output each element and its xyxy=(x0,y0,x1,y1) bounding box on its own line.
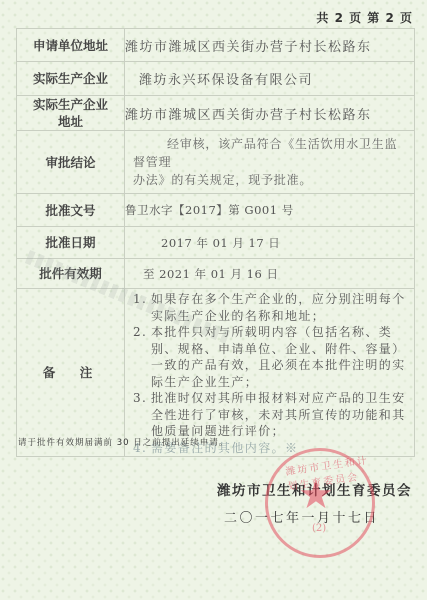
page-indicator: 共 2 页 第 2 页 xyxy=(316,9,413,26)
label-notes: 备 注 xyxy=(17,289,125,457)
label-approval-date: 批准日期 xyxy=(17,227,125,259)
issuer-name: 潍坊市卫生和计划生育委员会 xyxy=(217,479,412,499)
row-manufacturer-address: 实际生产企业 地址 潍坊市潍城区西关街办营子村长松路东 xyxy=(17,96,415,131)
label-conclusion: 审批结论 xyxy=(17,131,125,194)
row-validity: 批件有效期 至 2021 年 01 月 16 日 xyxy=(17,259,415,289)
row-applicant-address: 申请单位地址 潍坊市潍城区西关街办营子村长松路东 xyxy=(17,29,415,62)
value-notes: 1.如果存在多个生产企业的，应分别注明每个实际生产企业的名称和地址； 2.本批件… xyxy=(125,289,415,457)
conclusion-line-2: 办法》的有关规定，现予批准。 xyxy=(133,173,312,187)
value-approval-number: 鲁卫水字【2017】第 G001 号 xyxy=(125,194,415,227)
label-line-1: 实际生产企业 xyxy=(17,96,124,113)
row-approval-number: 批准文号 鲁卫水字【2017】第 G001 号 xyxy=(17,194,415,227)
official-seal: 潍坊市卫生和计划生育委员会 ★ (2) xyxy=(265,448,375,558)
label-approval-number: 批准文号 xyxy=(17,194,125,227)
approval-table: 申请单位地址 潍坊市潍城区西关街办营子村长松路东 实际生产企业 潍坊永兴环保设备… xyxy=(16,28,415,457)
issue-date: 二〇一七年一月十七日 xyxy=(224,507,379,526)
row-manufacturer: 实际生产企业 潍坊永兴环保设备有限公司 xyxy=(17,62,415,96)
label-manufacturer: 实际生产企业 xyxy=(17,62,125,96)
conclusion-line-1: 经审核，该产品符合《生活饮用水卫生监督管理 xyxy=(133,137,397,169)
renewal-footnote: 请于批件有效期届满前 30 日之前提出延续申请。 xyxy=(18,436,228,448)
value-applicant-address: 潍坊市潍城区西关街办营子村长松路东 xyxy=(125,29,415,62)
label-applicant-address: 申请单位地址 xyxy=(17,29,125,62)
row-approval-date: 批准日期 2017 年 01 月 17 日 xyxy=(17,227,415,259)
label-line-2: 地址 xyxy=(17,113,124,130)
label-manufacturer-address: 实际生产企业 地址 xyxy=(17,96,125,131)
row-notes: 备 注 1.如果存在多个生产企业的，应分别注明每个实际生产企业的名称和地址； 2… xyxy=(17,289,415,457)
value-validity: 至 2021 年 01 月 16 日 xyxy=(125,259,415,289)
value-conclusion: 经审核，该产品符合《生活饮用水卫生监督管理 办法》的有关规定，现予批准。 xyxy=(125,131,415,194)
row-conclusion: 审批结论 经审核，该产品符合《生活饮用水卫生监督管理 办法》的有关规定，现予批准… xyxy=(17,131,415,194)
note-item: 1.如果存在多个生产企业的，应分别注明每个实际生产企业的名称和地址； xyxy=(133,291,410,324)
value-manufacturer: 潍坊永兴环保设备有限公司 xyxy=(125,62,415,96)
notes-list: 1.如果存在多个生产企业的，应分别注明每个实际生产企业的名称和地址； 2.本批件… xyxy=(125,289,414,456)
note-item: 3.批准时仅对其所申报材料对应产品的卫生安全性进行了审核，未对其所宣传的功能和其… xyxy=(133,390,410,440)
value-approval-date: 2017 年 01 月 17 日 xyxy=(125,227,415,259)
value-manufacturer-address: 潍坊市潍城区西关街办营子村长松路东 xyxy=(125,96,415,131)
note-item: 2.本批件只对与所载明内容（包括名称、类别、规格、申请单位、企业、附件、容量）一… xyxy=(133,324,410,390)
label-validity: 批件有效期 xyxy=(17,259,125,289)
